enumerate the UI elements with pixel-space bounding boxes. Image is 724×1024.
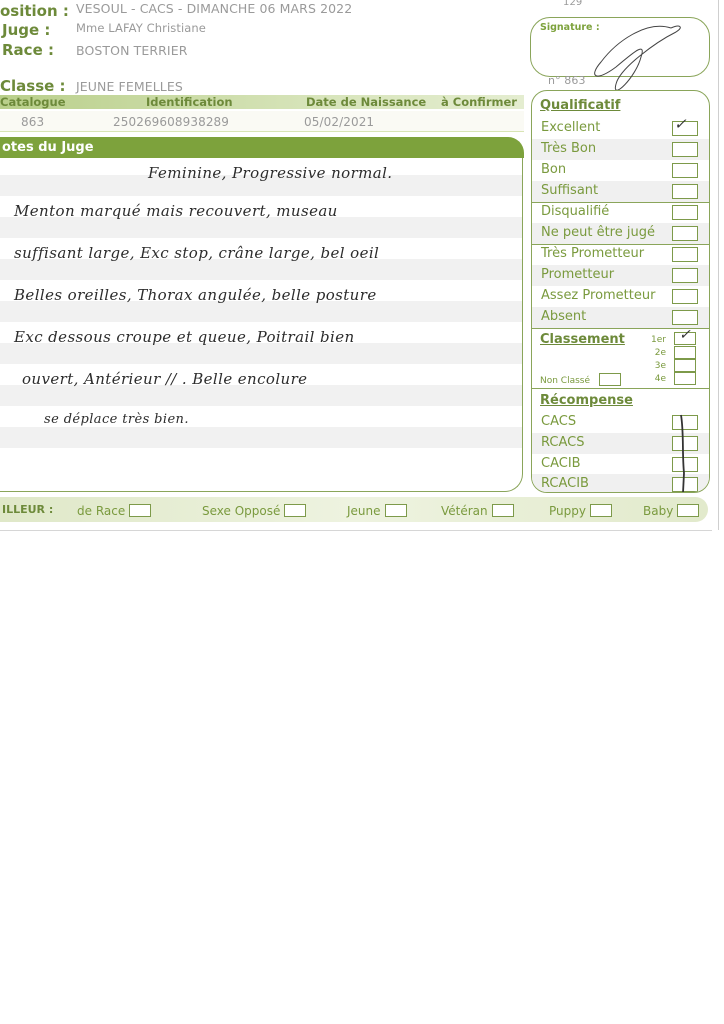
qualificatif-absent[interactable]: Absent — [532, 307, 709, 328]
race-label: Race : — [2, 41, 54, 59]
option-label: Prometteur — [541, 267, 614, 282]
checkbox-tres-bon[interactable] — [672, 142, 698, 157]
note-line-6: ouvert, Antérieur // . Belle encolure — [22, 370, 307, 388]
table-row: 863 250269608938289 05/02/2021 — [0, 111, 524, 132]
classe-value: JEUNE FEMELLES — [76, 79, 183, 94]
option-label: Très Prometteur — [541, 246, 644, 261]
checkbox-sexe-oppose[interactable] — [284, 504, 306, 517]
results-panel: Qualificatif Excellent ✓ Très Bon Bon Su… — [531, 90, 710, 493]
meilleur-sexe-oppose[interactable]: Sexe Opposé — [202, 504, 306, 518]
checkbox-disqualifie[interactable] — [672, 205, 698, 220]
col-identification: Identification — [146, 95, 233, 109]
meilleur-baby[interactable]: Baby — [643, 504, 699, 518]
checkbox-rank-4[interactable] — [674, 372, 696, 385]
juge-value: Mme LAFAY Christiane — [76, 21, 206, 35]
cell-identification: 250269608938289 — [113, 115, 229, 129]
rank-1-label: 1er — [646, 335, 666, 345]
checkbox-veteran[interactable] — [492, 504, 514, 517]
checkbox-tres-prometteur[interactable] — [672, 247, 698, 262]
check-mark-icon: ✓ — [674, 115, 687, 133]
option-label: CACIB — [541, 456, 581, 471]
checkbox-absent[interactable] — [672, 310, 698, 325]
check-mark-icon: ✓ — [679, 327, 691, 343]
checkbox-puppy[interactable] — [590, 504, 612, 517]
race-value: BOSTON TERRIER — [76, 43, 188, 58]
notes-header: otes du Juge — [0, 137, 524, 158]
exposition-label: osition : — [0, 2, 69, 20]
cell-date-naissance: 05/02/2021 — [304, 115, 374, 129]
qualificatif-suffisant[interactable]: Suffisant — [532, 181, 709, 202]
qualificatif-prometteur[interactable]: Prometteur — [532, 265, 709, 286]
checkbox-jeune[interactable] — [385, 504, 407, 517]
option-label: Jeune — [347, 504, 381, 518]
notes-area[interactable]: Feminine, Progressive normal. Menton mar… — [0, 158, 523, 492]
classe-label: Classe : — [0, 77, 66, 95]
qualificatif-bon[interactable]: Bon — [532, 160, 709, 181]
option-label: Assez Prometteur — [541, 288, 655, 303]
checkbox-de-race[interactable] — [129, 504, 151, 517]
qualificatif-disqualifie[interactable]: Disqualifié — [532, 202, 709, 223]
rank-4-label: 4e — [646, 374, 666, 384]
option-label: Puppy — [549, 504, 586, 518]
option-label: Disqualifié — [541, 204, 609, 219]
page-edge-line — [718, 0, 719, 530]
signature-number: n° 863 — [548, 74, 586, 87]
qualificatif-tres-prometteur[interactable]: Très Prometteur — [532, 244, 709, 265]
col-date-naissance: Date de Naissance — [306, 95, 426, 109]
col-catalogue: Catalogue — [0, 95, 66, 109]
pen-stroke-mark-icon — [678, 413, 688, 493]
col-a-confirmer: à Confirmer — [441, 95, 517, 109]
option-label: Absent — [541, 309, 586, 324]
checkbox-baby[interactable] — [677, 504, 699, 517]
page-number: 129 — [563, 0, 582, 8]
qualificatif-title: Qualificatif — [540, 98, 620, 113]
checkbox-prometteur[interactable] — [672, 268, 698, 283]
option-label: Bon — [541, 162, 566, 177]
qualificatif-excellent[interactable]: Excellent ✓ — [532, 118, 709, 139]
page-edge-line — [0, 530, 712, 531]
signature-scribble-icon — [576, 22, 686, 92]
checkbox-assez-prometteur[interactable] — [672, 289, 698, 304]
meilleur-jeune[interactable]: Jeune — [347, 504, 407, 518]
classement-title: Classement — [540, 332, 625, 347]
qualificatif-ne-peut-etre-juge[interactable]: Ne peut être jugé — [532, 223, 709, 244]
qualificatif-assez-prometteur[interactable]: Assez Prometteur — [532, 286, 709, 307]
option-label: Baby — [643, 504, 673, 518]
note-line-7: se déplace très bien. — [44, 412, 189, 427]
meilleur-label: ILLEUR : — [2, 503, 53, 516]
meilleur-de-race[interactable]: de Race — [77, 504, 151, 518]
qualificatif-tres-bon[interactable]: Très Bon — [532, 139, 709, 160]
option-label: Vétéran — [441, 504, 488, 518]
checkbox-rank-2[interactable] — [674, 346, 696, 359]
checkbox-non-classe[interactable] — [599, 373, 621, 386]
option-label: Ne peut être jugé — [541, 225, 655, 240]
signature-box[interactable]: Signature : — [530, 17, 710, 77]
option-label: Excellent — [541, 120, 600, 135]
checkbox-ne-peut-etre-juge[interactable] — [672, 226, 698, 241]
rank-3-label: 3e — [646, 361, 666, 371]
option-label: RCACIB — [541, 476, 589, 491]
option-label: de Race — [77, 504, 125, 518]
cell-catalogue: 863 — [21, 115, 44, 129]
juge-label: Juge : — [2, 21, 50, 39]
option-label: Sexe Opposé — [202, 504, 280, 518]
option-label: Très Bon — [541, 141, 596, 156]
note-line-2: Menton marqué mais recouvert, museau — [14, 202, 338, 220]
option-label: RCACS — [541, 435, 584, 450]
recompense-title: Récompense — [540, 393, 633, 408]
meilleur-band: ILLEUR : de Race Sexe Opposé Jeune Vétér… — [0, 497, 708, 522]
notes-title: otes du Juge — [2, 140, 94, 155]
note-line-3: suffisant large, Exc stop, crâne large, … — [14, 244, 379, 262]
checkbox-bon[interactable] — [672, 163, 698, 178]
meilleur-veteran[interactable]: Vétéran — [441, 504, 514, 518]
note-line-5: Exc dessous croupe et queue, Poitrail bi… — [14, 328, 355, 346]
note-line-1: Feminine, Progressive normal. — [148, 164, 392, 182]
meilleur-puppy[interactable]: Puppy — [549, 504, 612, 518]
checkbox-suffisant[interactable] — [672, 184, 698, 199]
option-label: Suffisant — [541, 183, 598, 198]
option-label: CACS — [541, 414, 576, 429]
exposition-value: VESOUL - CACS - DIMANCHE 06 MARS 2022 — [76, 1, 352, 16]
rank-2-label: 2e — [646, 348, 666, 358]
non-classe-label: Non Classé — [540, 376, 590, 386]
note-line-4: Belles oreilles, Thorax angulée, belle p… — [14, 286, 377, 304]
checkbox-rank-3[interactable] — [674, 359, 696, 372]
divider — [532, 388, 709, 389]
